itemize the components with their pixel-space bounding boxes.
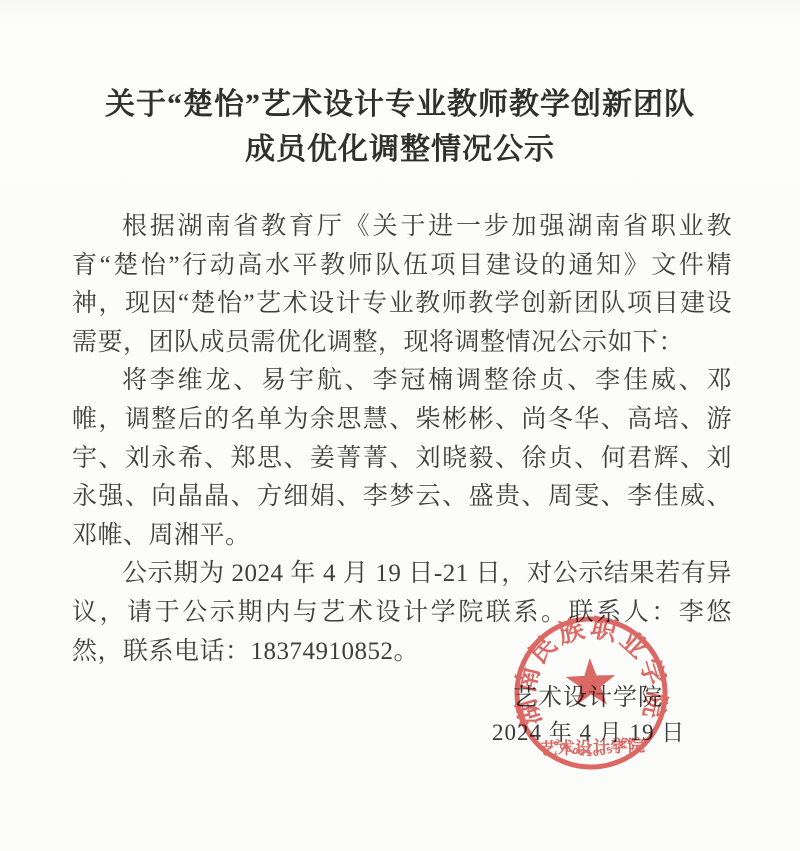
notice-body: 根据湖南省教育厅《关于进一步加强湖南省职业教育“楚怡”行动高水平教师队伍项目建设… [72, 208, 732, 671]
notice-page: 关于“楚怡”艺术设计专业教师教学创新团队 成员优化调整情况公示 根据湖南省教育厅… [0, 0, 800, 851]
notice-title: 关于“楚怡”艺术设计专业教师教学创新团队 成员优化调整情况公示 [0, 0, 800, 172]
paragraph-member-list: 将李维龙、易宇航、李冠楠调整徐贞、李佳威、邓帷，调整后的名单为余思慧、柴彬彬、尚… [72, 362, 732, 555]
official-seal-graphic: 湖南民族职业学院 艺术设计学院 43060210057212 [506, 608, 676, 778]
star-icon [565, 657, 616, 706]
paragraph-basis: 根据湖南省教育厅《关于进一步加强湖南省职业教育“楚怡”行动高水平教师队伍项目建设… [72, 208, 732, 362]
official-seal-stamp: 湖南民族职业学院 艺术设计学院 43060210057212 [506, 608, 676, 778]
notice-title-line2: 成员优化调整情况公示 [0, 127, 800, 172]
notice-title-line1: 关于“楚怡”艺术设计专业教师教学创新团队 [0, 82, 800, 127]
